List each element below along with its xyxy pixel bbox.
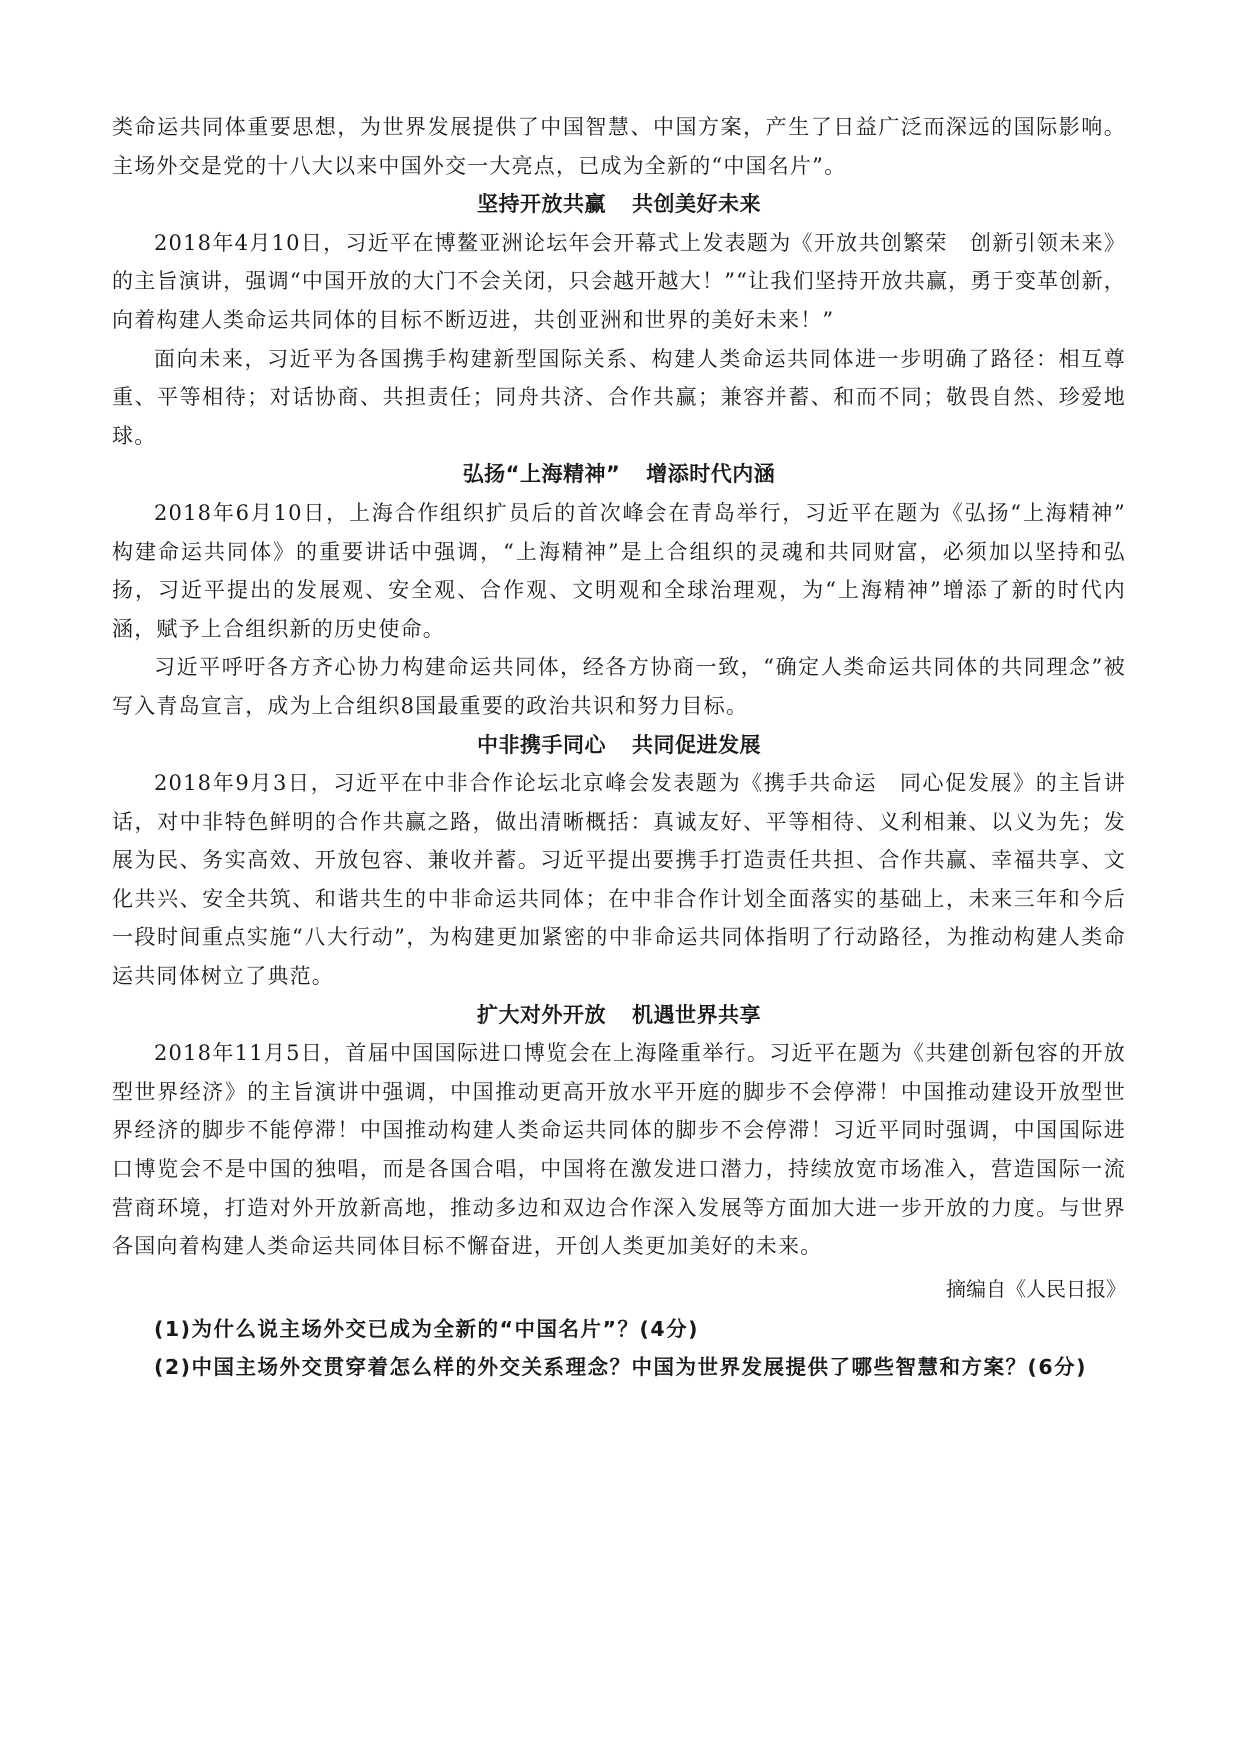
section-heading-1: 坚持开放共赢共创美好未来 — [112, 185, 1126, 224]
section-4-paragraph-1: 2018年11月5日，首届中国国际进口博览会在上海隆重举行。习近平在题为《共建创… — [112, 1034, 1126, 1266]
section-heading-3-part-2: 共同促进发展 — [632, 733, 761, 757]
section-heading-4-part-1: 扩大对外开放 — [477, 1003, 606, 1027]
section-2-paragraph-2: 习近平呼吁各方齐心协力构建命运共同体，经各方协商一致，“确定人类命运共同体的共同… — [112, 648, 1126, 725]
section-heading-2-part-2: 增添时代内涵 — [646, 462, 775, 486]
section-heading-1-part-1: 坚持开放共赢 — [477, 192, 606, 216]
section-heading-3: 中非携手同心共同促进发展 — [112, 726, 1126, 765]
section-heading-4-part-2: 机遇世界共享 — [632, 1003, 761, 1027]
section-1-paragraph-2: 面向未来，习近平为各国携手构建新型国际关系、构建人类命运共同体进一步明确了路径：… — [112, 340, 1126, 456]
section-heading-4: 扩大对外开放机遇世界共享 — [112, 996, 1126, 1035]
section-heading-1-part-2: 共创美好未来 — [632, 192, 761, 216]
section-heading-2-part-1: 弘扬“上海精神” — [463, 462, 621, 486]
section-heading-3-part-1: 中非携手同心 — [477, 733, 606, 757]
section-heading-2: 弘扬“上海精神”增添时代内涵 — [112, 455, 1126, 494]
section-2-paragraph-1: 2018年6月10日，上海合作组织扩员后的首次峰会在青岛举行，习近平在题为《弘扬… — [112, 494, 1126, 648]
section-1-paragraph-1: 2018年4月10日，习近平在博鳌亚洲论坛年会开幕式上发表题为《开放共创繁荣 创… — [112, 224, 1126, 340]
question-1: (1)为什么说主场外交已成为全新的“中国名片”？(4分) — [112, 1310, 1126, 1349]
section-3-paragraph-1: 2018年9月3日，习近平在中非合作论坛北京峰会发表题为《携手共命运 同心促发展… — [112, 764, 1126, 996]
source-attribution: 摘编自《人民日报》 — [112, 1268, 1126, 1310]
question-2: (2)中国主场外交贯穿着怎么样的外交关系理念？中国为世界发展提供了哪些智慧和方案… — [112, 1348, 1126, 1387]
intro-paragraph: 类命运共同体重要思想，为世界发展提供了中国智慧、中国方案，产生了日益广泛而深远的… — [112, 108, 1126, 185]
document-page: 类命运共同体重要思想，为世界发展提供了中国智慧、中国方案，产生了日益广泛而深远的… — [112, 108, 1126, 1387]
